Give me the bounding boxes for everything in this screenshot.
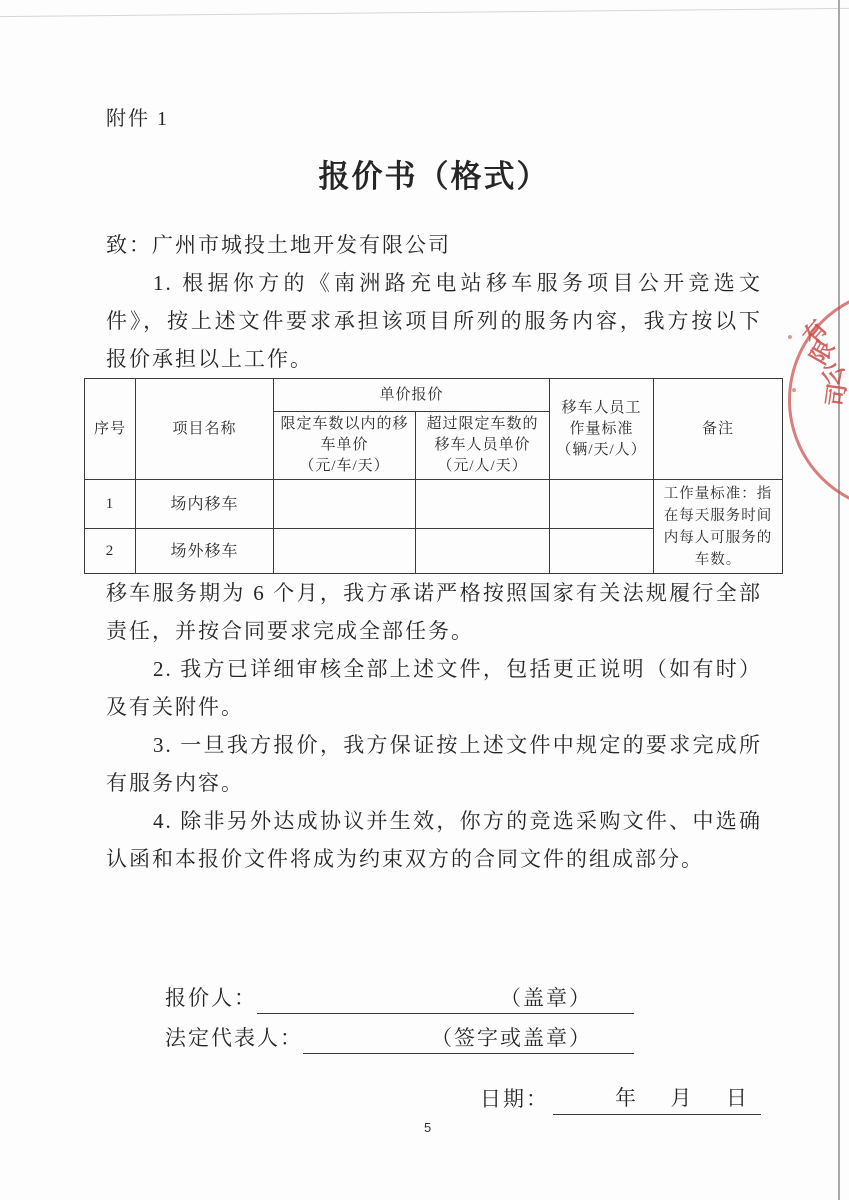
cell-within-limit-price: [274, 529, 416, 574]
cell-workload-standard: [550, 480, 654, 529]
date-label: 日期：: [480, 1083, 549, 1115]
attachment-label: 附件 1: [106, 0, 762, 131]
cell-item-name: 场内移车: [136, 480, 274, 529]
legal-rep-signature-line: （签字或盖章）: [303, 1022, 634, 1054]
cell-seq: 1: [85, 480, 136, 529]
cell-within-limit-price: [274, 480, 416, 529]
company-seal-stamp: 有 限 公 司: [788, 288, 849, 512]
quoter-signature-row: 报价人： （盖章）: [165, 974, 634, 1014]
legal-rep-seal-note: （签字或盖章）: [431, 1022, 634, 1052]
cell-over-limit-price: [416, 480, 550, 529]
seal-speckle: [788, 335, 792, 339]
table-row: 1 场内移车 工作量标准：指在每天服务时间内每人可服务的车数。: [85, 480, 783, 529]
paragraph-2: 移车服务期为 6 个月，我方承诺严格按照国家有关法规履行全部责任，并按合同要求完…: [106, 574, 762, 650]
legal-rep-label: 法定代表人：: [165, 1022, 303, 1054]
quoter-signature-line: （盖章）: [257, 982, 634, 1014]
cell-remark-note: 工作量标准：指在每天服务时间内每人可服务的车数。: [654, 480, 783, 574]
seal-character: 司: [822, 381, 849, 408]
signature-block: 报价人： （盖章） 法定代表人： （签字或盖章）: [165, 974, 634, 1054]
scan-right-edge: [838, 0, 840, 1200]
header-within-limit-name: 限定车数以内的移车单价: [280, 416, 408, 453]
legal-rep-signature-row: 法定代表人： （签字或盖章）: [165, 1014, 634, 1054]
quoter-seal-note: （盖章）: [500, 982, 634, 1012]
date-fill-line: 年 月 日: [553, 1082, 761, 1115]
document-title: 报价书（格式）: [106, 151, 762, 196]
header-remark: 备注: [654, 379, 783, 480]
table-header-row-1: 序号 项目名称 单价报价 移车人员工作量标准 （辆/天/人） 备注: [85, 379, 783, 412]
quoter-label: 报价人：: [165, 982, 257, 1014]
recipient-line: 致：广州市城投土地开发有限公司: [106, 226, 762, 264]
header-workload-unit: （辆/天/人）: [554, 440, 649, 461]
header-workload: 移车人员工作量标准 （辆/天/人）: [550, 379, 654, 480]
cell-over-limit-price: [416, 529, 550, 574]
scanned-document-page: 有 限 公 司 附件 1 报价书（格式） 致：广州市城投土地开发有限公司 1. …: [0, 0, 849, 1200]
date-year-label: 年: [615, 1082, 638, 1112]
date-month-label: 月: [671, 1082, 694, 1112]
document-content: 附件 1 报价书（格式） 致：广州市城投土地开发有限公司 1. 根据你方的《南洲…: [106, 0, 762, 1115]
paragraph-3: 2. 我方已详细审核全部上述文件，包括更正说明（如有时）及有关附件。: [106, 650, 762, 726]
page-number: 5: [424, 1120, 431, 1135]
header-workload-name: 移车人员工作量标准: [562, 400, 642, 437]
header-over-limit-name: 超过限定车数的移车人员单价: [427, 416, 539, 453]
paragraph-4: 3. 一旦我方报价，我方保证按上述文件中规定的要求完成所有服务内容。: [106, 726, 762, 802]
header-over-limit-unit: （元/人/天）: [420, 456, 545, 477]
header-unit-price-group: 单价报价: [274, 379, 550, 412]
header-seq: 序号: [85, 379, 136, 480]
date-row: 日期： 年 月 日: [480, 1082, 762, 1115]
cell-item-name: 场外移车: [136, 529, 274, 574]
header-item-name: 项目名称: [136, 379, 274, 480]
header-over-limit: 超过限定车数的移车人员单价 （元/人/天）: [416, 412, 550, 480]
header-within-limit: 限定车数以内的移车单价 （元/车/天）: [274, 412, 416, 480]
header-within-limit-unit: （元/车/天）: [278, 456, 411, 477]
cell-workload-standard: [550, 529, 654, 574]
date-day-label: 日: [726, 1082, 749, 1112]
paragraph-5: 4. 除非另外达成协议并生效，你方的竞选采购文件、中选确认函和本报价文件将成为约…: [106, 802, 762, 878]
quotation-table: 序号 项目名称 单价报价 移车人员工作量标准 （辆/天/人） 备注 限定车数以内…: [84, 378, 783, 574]
seal-speckle: [792, 388, 796, 392]
paragraph-1: 1. 根据你方的《南洲路充电站移车服务项目公开竞选文件》，按上述文件要求承担该项…: [106, 264, 762, 378]
cell-seq: 2: [85, 529, 136, 574]
